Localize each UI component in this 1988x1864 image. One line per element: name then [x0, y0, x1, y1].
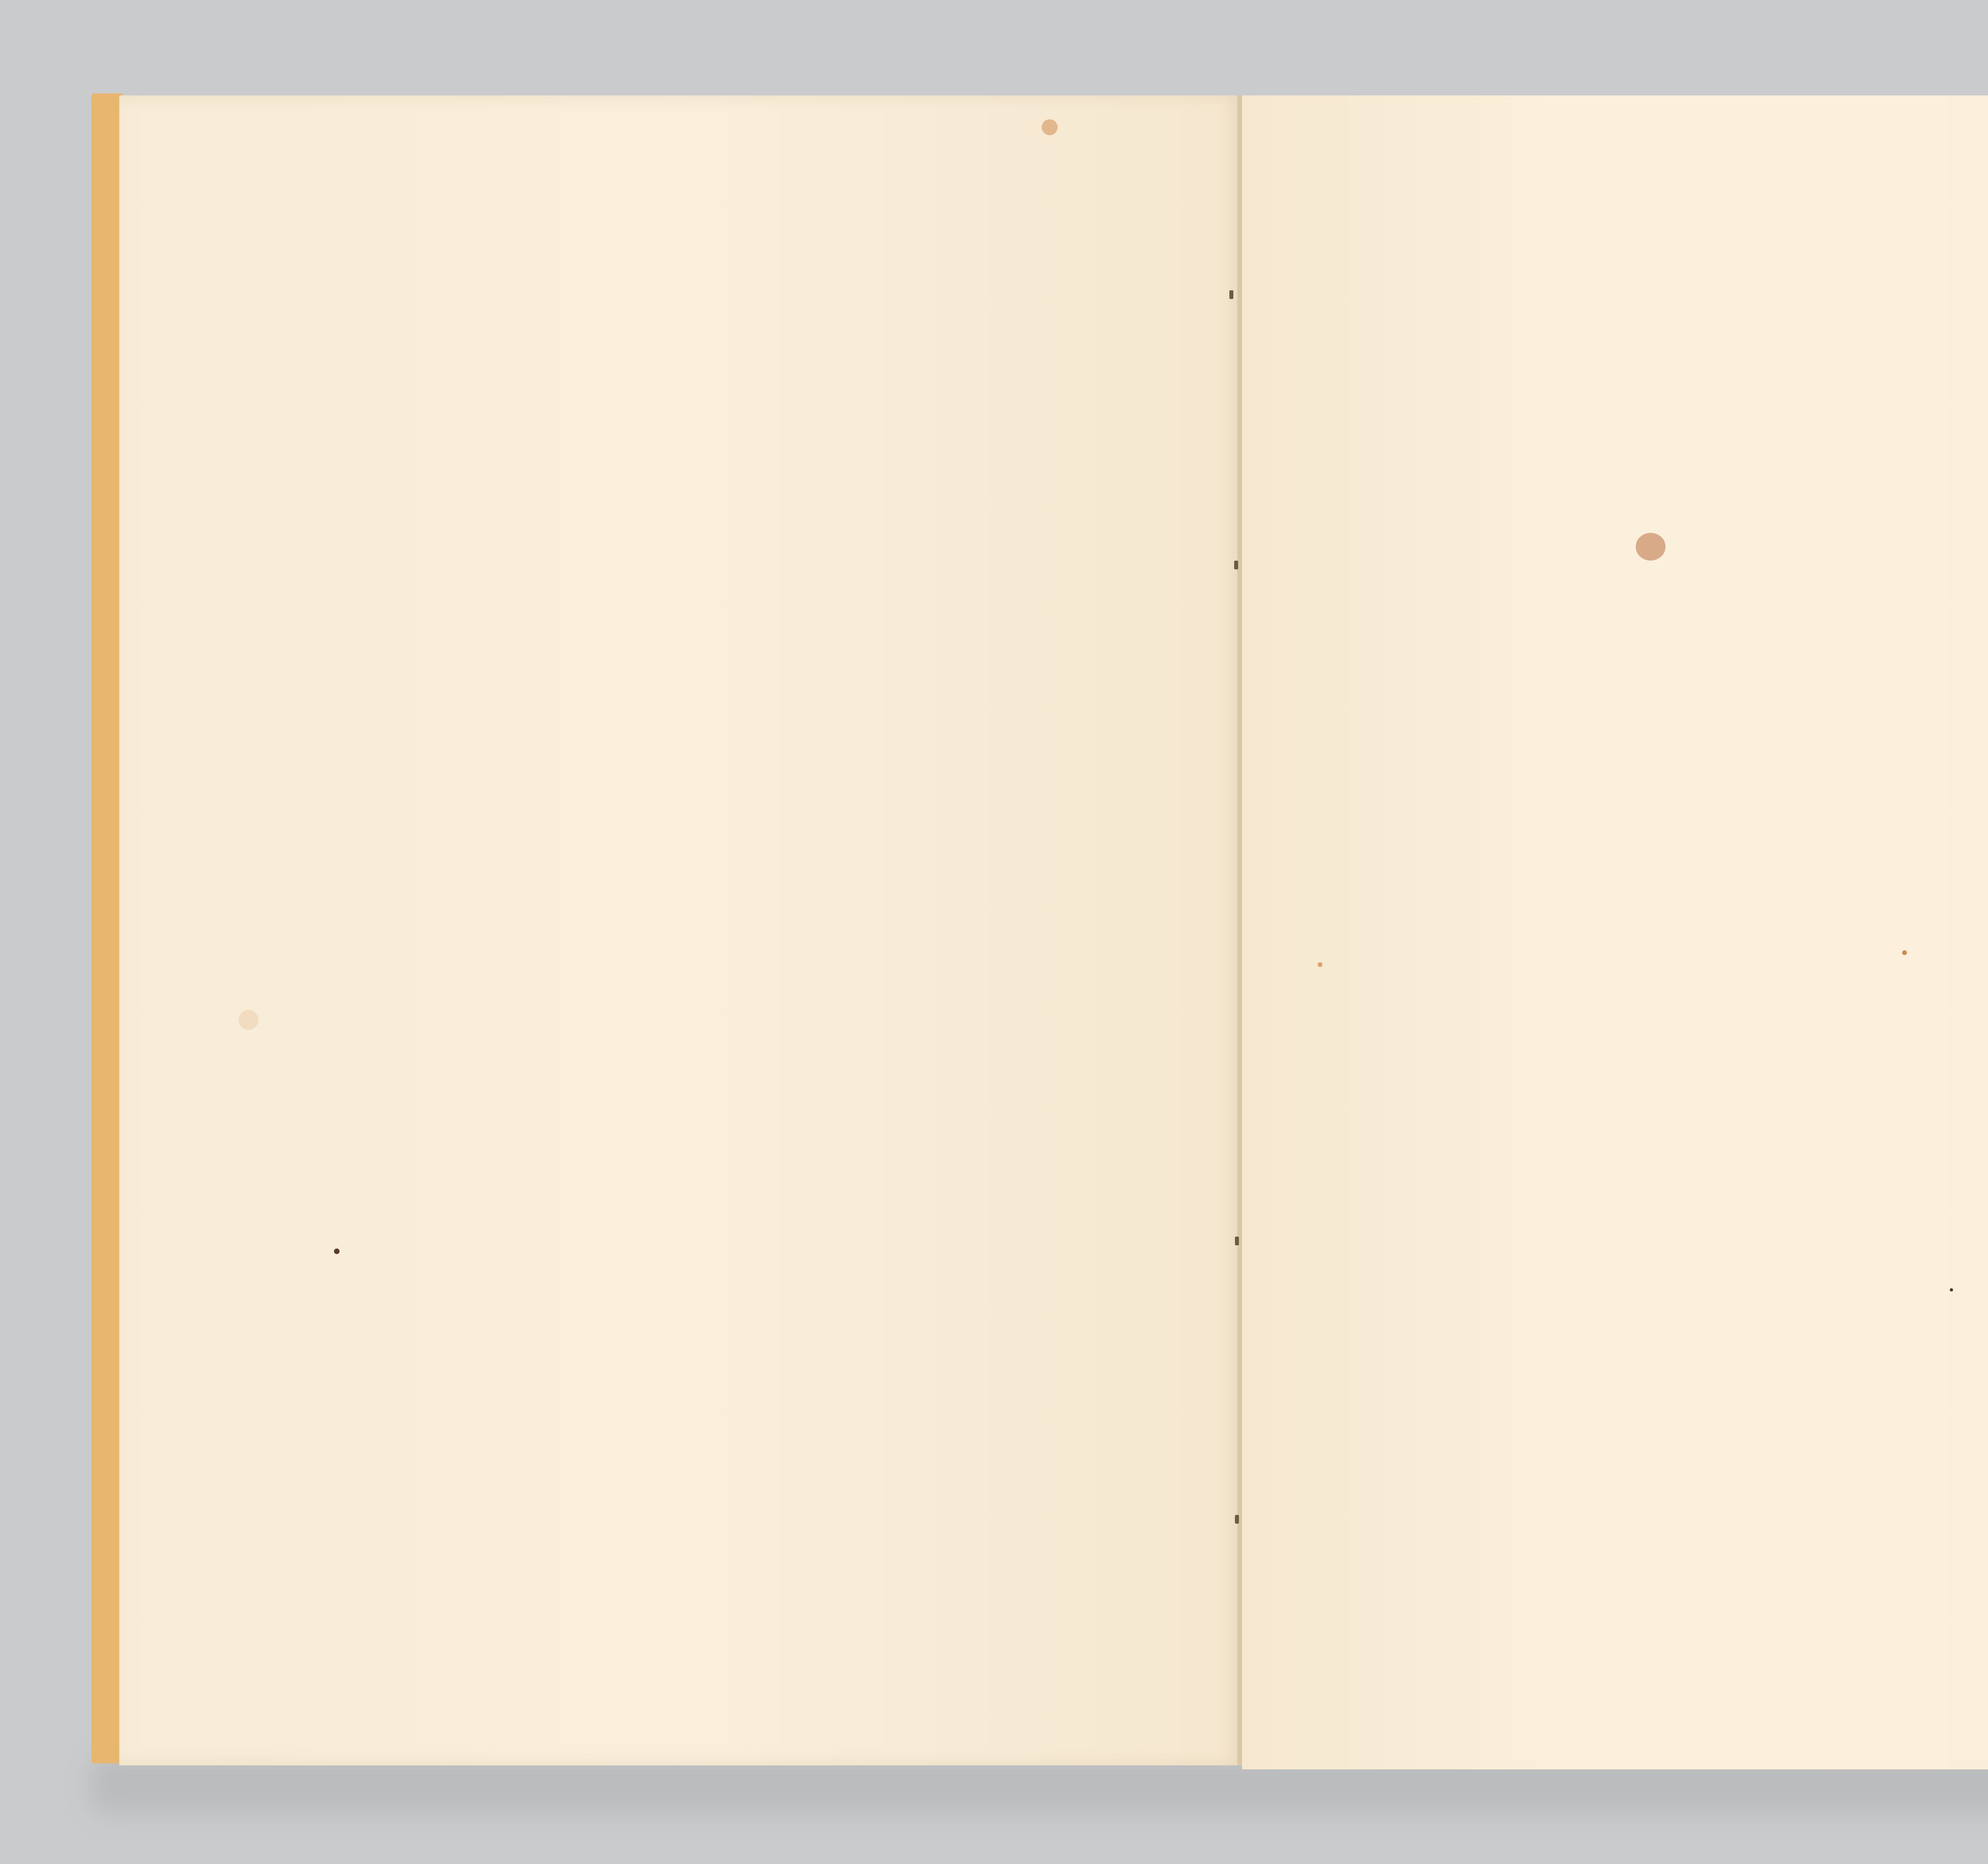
- staple: [1235, 1515, 1239, 1524]
- staple: [1234, 561, 1238, 569]
- stain: [1636, 533, 1666, 561]
- speck: [1950, 1288, 1953, 1291]
- speck: [334, 1248, 340, 1254]
- right-page: [1242, 95, 1988, 1769]
- staple: [1229, 290, 1233, 299]
- spine-gutter: [1237, 95, 1242, 1765]
- speck: [1318, 962, 1322, 967]
- stain: [239, 1010, 258, 1030]
- left-page: [119, 95, 1241, 1765]
- stain: [1042, 119, 1058, 135]
- staple: [1235, 1237, 1239, 1245]
- cover-edge-left: [91, 93, 123, 1763]
- speck: [1902, 950, 1907, 955]
